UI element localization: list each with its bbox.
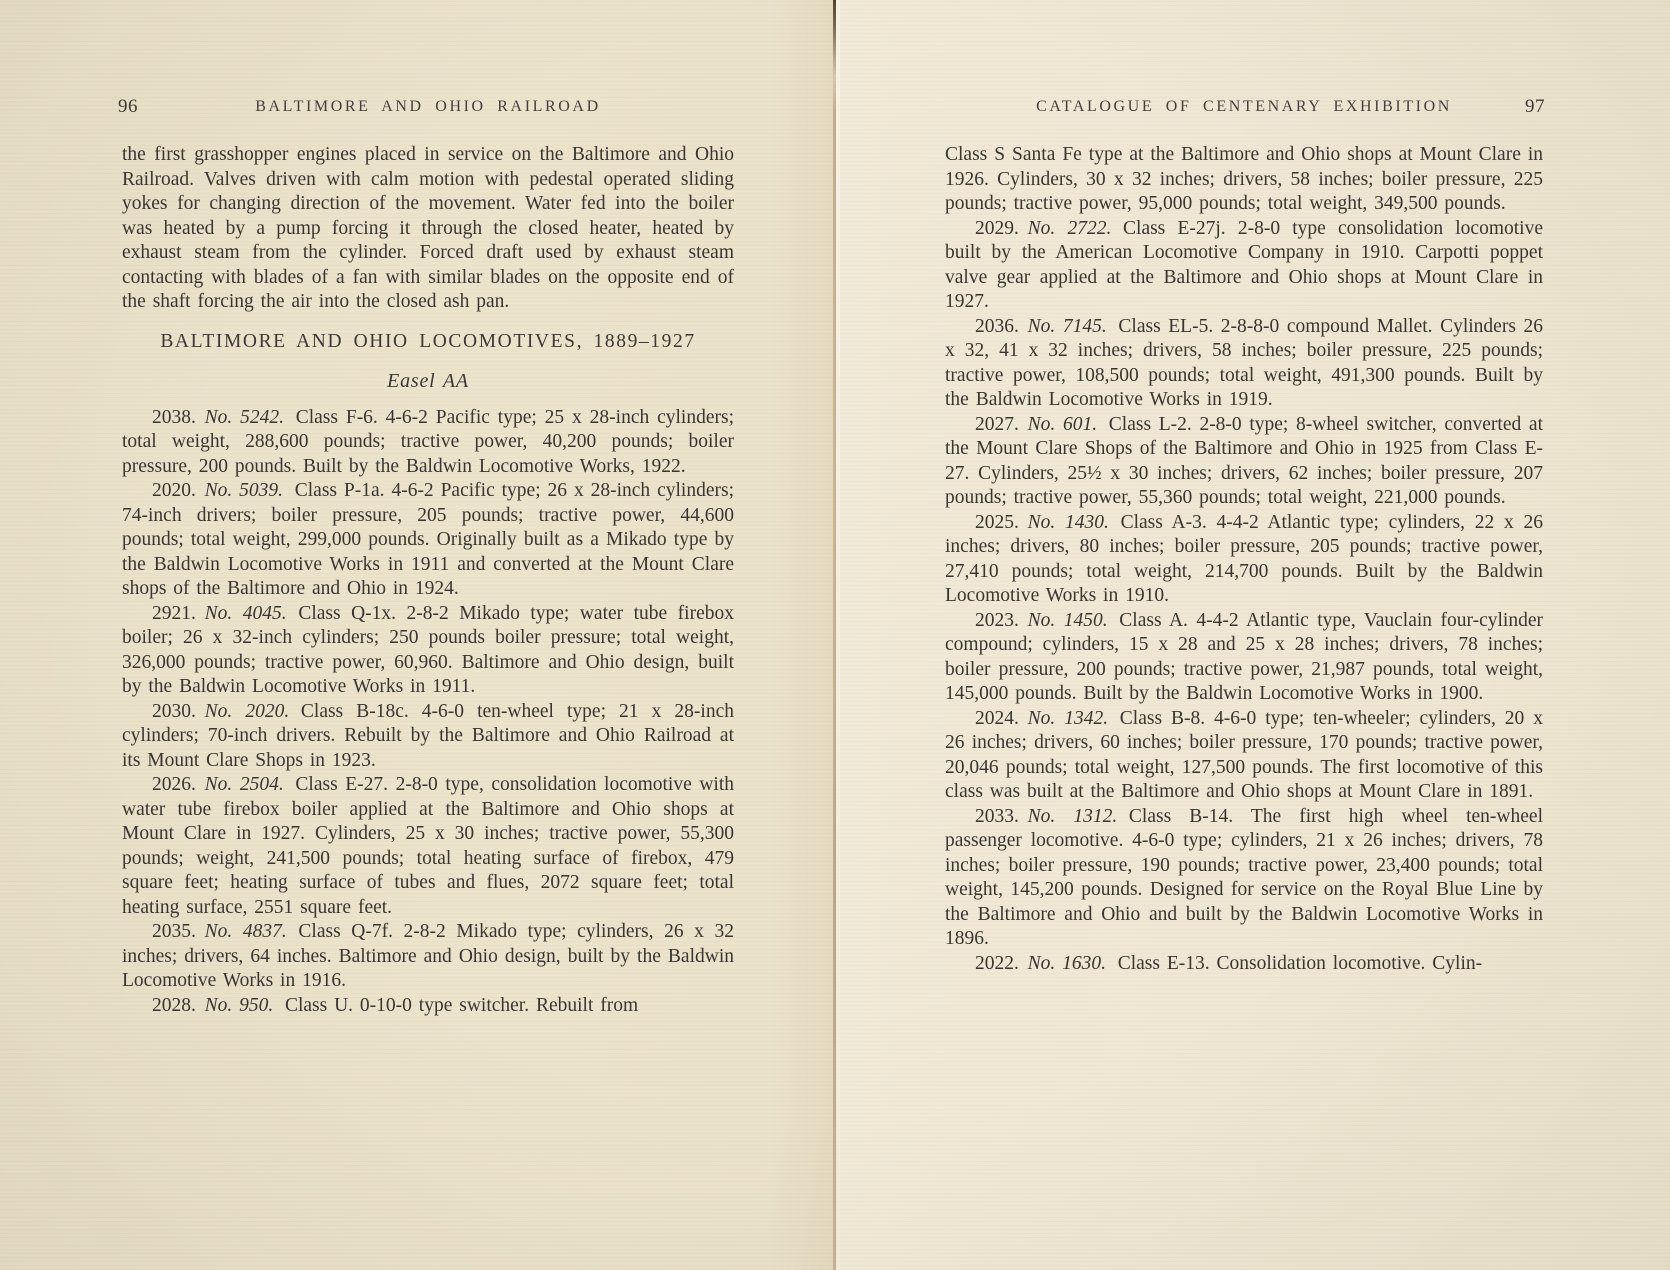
book-gutter-highlight [836,0,840,1270]
entry-description: Class E-13. Consolidation locomotive. Cy… [1118,953,1482,974]
catalog-entry-number: 2921. [152,603,196,624]
locomotive-number: No. 4837. [205,921,287,942]
book-spread: 96 BALTIMORE AND OHIO RAILROAD the first… [0,0,1670,1270]
catalog-entry: 2033.No. 1312.Class B-14. The first high… [945,805,1543,952]
locomotive-number: No. 1630. [1028,953,1106,974]
left-page-number: 96 [118,95,138,119]
locomotive-number: No. 2504. [205,774,284,795]
catalog-entry: 2027.No. 601.Class L-2. 2-8-0 type; 8-wh… [945,413,1543,511]
catalog-entry-number: 2035. [152,921,196,942]
locomotive-number: No. 601. [1028,414,1097,435]
catalog-entry: 2022.No. 1630.Class E-13. Consolidation … [945,952,1543,977]
catalog-entry-number: 2020. [152,480,196,501]
catalog-entry: 2028.No. 950.Class U. 0-10-0 type switch… [122,994,734,1019]
right-running-title: CATALOGUE OF CENTENARY EXHIBITION [945,95,1543,119]
catalog-entry: 2036.No. 7145.Class EL-5. 2-8-8-0 compou… [945,315,1543,413]
catalog-entry-number: 2026. [152,774,196,795]
catalog-entry-number: 2027. [975,414,1019,435]
right-page: CATALOGUE OF CENTENARY EXHIBITION 97 Cla… [945,95,1543,976]
catalog-entry-number: 2029. [975,218,1019,239]
locomotive-number: No. 1450. [1028,610,1108,631]
intro-paragraph: the first grasshopper engines placed in … [122,143,734,315]
entry-description: Class E-27. 2-8-0 type, consolidation lo… [122,774,734,918]
catalog-entry: 2035.No. 4837.Class Q-7f. 2-8-2 Mikado t… [122,920,734,994]
catalog-entry-number: 2030. [152,701,196,722]
catalog-entry: 2030.No. 2020.Class B-18c. 4-6-0 ten-whe… [122,700,734,774]
continuation-paragraph: Class S Santa Fe type at the Baltimore a… [945,143,1543,217]
right-page-number: 97 [1525,95,1545,119]
catalog-entry: 2921.No. 4045.Class Q-1x. 2-8-2 Mikado t… [122,602,734,700]
locomotive-number: No. 1342. [1028,708,1108,729]
catalog-entry-number: 2022. [975,953,1019,974]
catalog-entry-number: 2038. [152,407,196,428]
catalog-entry-number: 2036. [975,316,1019,337]
locomotive-number: No. 5039. [205,480,283,501]
catalog-entry: 2020.No. 5039.Class P-1a. 4-6-2 Pacific … [122,479,734,602]
catalog-entry: 2038.No. 5242.Class F-6. 4-6-2 Pacific t… [122,406,734,480]
left-page: 96 BALTIMORE AND OHIO RAILROAD the first… [122,95,734,1018]
catalog-entry: 2023.No. 1450.Class A. 4-4-2 Atlantic ty… [945,609,1543,707]
catalog-entry-number: 2025. [975,512,1019,533]
catalog-entry-number: 2033. [975,806,1019,827]
entry-description: Class B-14. The first high wheel ten-whe… [945,806,1543,950]
left-page-body: the first grasshopper engines placed in … [122,143,734,1018]
right-running-head: CATALOGUE OF CENTENARY EXHIBITION 97 [945,95,1543,119]
locomotive-number: No. 4045. [205,603,287,624]
locomotive-number: No. 950. [205,995,274,1016]
left-running-title: BALTIMORE AND OHIO RAILROAD [122,95,734,119]
locomotive-number: No. 1312. [1028,806,1118,827]
locomotive-number: No. 5242. [205,407,284,428]
catalog-entry: 2025.No. 1430.Class A-3. 4-4-2 Atlantic … [945,511,1543,609]
section-heading: BALTIMORE AND OHIO LOCOMOTIVES, 1889–192… [122,330,734,355]
catalog-entry-number: 2024. [975,708,1019,729]
locomotive-number: No. 1430. [1028,512,1109,533]
catalog-entry: 2029.No. 2722.Class E-27j. 2-8-0 type co… [945,217,1543,315]
catalog-entry-number: 2023. [975,610,1019,631]
locomotive-number: No. 2020. [205,701,290,722]
locomotive-number: No. 2722. [1028,218,1112,239]
catalog-entry: 2026.No. 2504.Class E-27. 2-8-0 type, co… [122,773,734,920]
left-running-head: 96 BALTIMORE AND OHIO RAILROAD [122,95,734,119]
catalog-entry-number: 2028. [152,995,196,1016]
locomotive-number: No. 7145. [1028,316,1107,337]
catalog-entry: 2024.No. 1342.Class B-8. 4-6-0 type; ten… [945,707,1543,805]
right-page-body: Class S Santa Fe type at the Baltimore a… [945,143,1543,976]
entry-description: Class U. 0-10-0 type switcher. Rebuilt f… [285,995,638,1016]
subsection-heading: Easel AA [122,369,734,394]
